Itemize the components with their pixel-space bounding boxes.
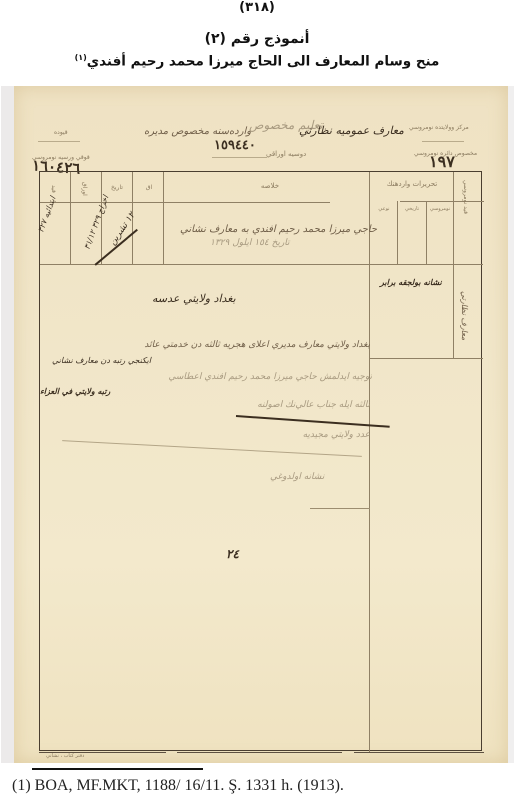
footer-rule-2 — [177, 752, 342, 753]
right-label: مركز وولايتده نومروسي — [409, 124, 469, 131]
scan-margin-right — [508, 86, 514, 763]
col-label-received: تحريرات واردهنك — [375, 180, 449, 188]
header-title-part: وارده‌سنه مخصوص مديره — [144, 126, 251, 137]
col-label-aq: اق — [138, 184, 160, 191]
body-line-2: ايكنجي رتبه دن معارف نشاني — [52, 356, 151, 365]
body-line-4: رتبه ولايتي في العزاء — [40, 386, 110, 396]
header-band-line-left — [40, 202, 330, 203]
footnote-citation: (1) BOA, MF.MKT, 1188/ 16/11. Ş. 1331 h.… — [12, 776, 512, 796]
main-divider — [369, 172, 370, 752]
entry-row-bottom-line — [40, 264, 483, 265]
col-divider-4 — [163, 172, 164, 264]
strike-through-line — [236, 415, 390, 428]
col-label-summary: خلاصه — [240, 182, 300, 190]
header-band-line-right — [400, 201, 484, 202]
form-frame: قيد اوراق تاريخ اق خلاصه تحريرات واردهنك… — [39, 171, 482, 751]
body-line-3: توجيه ايدلمش حاجي ميرزا محمد رحيم افندي … — [52, 372, 372, 382]
side-column-divider — [453, 264, 454, 358]
left-label-rule — [38, 141, 80, 142]
right-number: ١٩٧ — [429, 152, 455, 171]
body-line-6: عدد ولايتي مجيديه — [50, 430, 370, 440]
body-line-5: ثالثه ايله جناب عالي‌نك اصولنه — [40, 400, 370, 410]
entry-summary: حاجي ميرزا محمد رحيم افندي به معارف نشان… — [180, 224, 377, 235]
model-heading: أنموذج رقم (٢) — [0, 30, 514, 48]
footer-rule-3 — [354, 752, 484, 753]
page-number: (٣١٨) — [0, 0, 514, 16]
col-sublabel-type: نوعي — [371, 206, 397, 212]
left-label: قيوده — [54, 129, 68, 136]
col-sublabel-date: تاريخي — [399, 206, 425, 212]
center-number: ١٥٩٤٤٠ — [214, 138, 256, 153]
scanned-document: قيوده قوقي ورسيه نومروسي ١٦٠٤٢٦ وارده‌سن… — [13, 86, 508, 763]
signature-rule — [310, 508, 370, 509]
bottom-mark: ٢٤ — [226, 547, 239, 561]
col-sublabel-number: نومروسي — [427, 206, 453, 212]
footnote-rule — [32, 768, 203, 770]
body-title-line: بغداد ولايتي عدسه — [152, 292, 236, 305]
document-title: منح وسام المعارف الى الحاج ميرزا محمد رح… — [0, 49, 514, 71]
center-number-label: دوسيه اوراقي — [266, 150, 306, 158]
side-vertical-label: معارف نظارتي — [460, 290, 469, 340]
col-label-date: تاريخ — [106, 184, 128, 191]
footer-printed-note: دفتر کتاب ، نشاني — [46, 753, 84, 759]
col-label-record-number: قيد نومروسي — [462, 177, 469, 217]
signature-line: نشانه اولدوغي — [270, 472, 324, 482]
col-divider-1 — [70, 172, 71, 264]
col-divider-received-3 — [453, 172, 454, 264]
side-box-bottom-line — [369, 358, 483, 359]
scan-margin-left — [1, 86, 14, 763]
col-divider-received-1 — [397, 201, 398, 264]
side-box-label: نشانه بولجقه برابر — [380, 277, 442, 287]
faint-rule — [62, 440, 362, 457]
entry-summary-line2: تاريخ ١٥٤ ايلول ١٣٢٩ — [210, 238, 290, 248]
body-line-1: بغداد ولايتي معارف مديري اعلاى هجريه ثال… — [20, 340, 370, 350]
col-label-papers: اوراق — [81, 178, 88, 200]
document-title-text: منح وسام المعارف الى الحاج ميرزا محمد رح… — [87, 54, 440, 70]
header-title: معارف عموميه نظارتي — [299, 124, 404, 137]
right-label-rule — [422, 141, 464, 142]
center-number-rule — [212, 157, 267, 158]
footnote-marker: (١) — [75, 53, 87, 62]
